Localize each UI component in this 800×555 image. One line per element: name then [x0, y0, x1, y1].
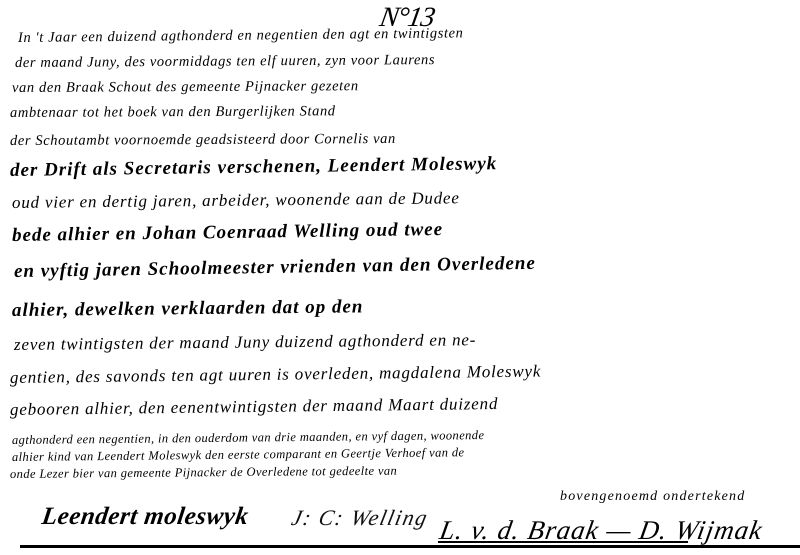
- signed-note: bovengenoemd ondertekend: [560, 489, 745, 505]
- text-line-5: der Schoutambt voornoemde geadsisteerd d…: [10, 131, 396, 150]
- signature-leendert-moleswyk: Leendert moleswyk: [40, 503, 250, 531]
- text-line-16: onde Lezer bier van gemeente Pijnacker d…: [10, 464, 397, 482]
- page-bottom-rule: [20, 545, 800, 548]
- text-line-12: gentien, des savonds ten agt uuren is ov…: [10, 362, 541, 388]
- text-line-8: bede alhier en Johan Coenraad Welling ou…: [12, 219, 443, 247]
- text-line-13: gebooren alhier, den eenentwintigsten de…: [10, 394, 498, 420]
- text-line-7: oud vier en dertig jaren, arbeider, woon…: [12, 188, 460, 213]
- text-line-3: van den Braak Schout des gemeente Pijnac…: [12, 78, 359, 97]
- text-line-11: zeven twintigsten der maand Juny duizend…: [14, 330, 476, 355]
- text-line-15: alhier kind van Leendert Moleswyk den ee…: [12, 445, 465, 465]
- text-line-6: der Drift als Secretaris verschenen, Lee…: [10, 153, 498, 182]
- signature-welling: J: C: Welling: [289, 505, 431, 531]
- scanned-register-page: N°13 In 't Jaar een duizend agthonderd e…: [0, 0, 800, 555]
- signature-underline: [438, 541, 688, 543]
- text-line-1: In 't Jaar een duizend agthonderd en neg…: [18, 25, 464, 47]
- text-line-10: alhier, dewelken verklaarden dat op den: [12, 296, 364, 322]
- text-line-4: ambtenaar tot het boek van den Burgerlij…: [10, 103, 336, 122]
- text-line-9: en vyftig jaren Schoolmeester vrienden v…: [14, 253, 536, 283]
- text-line-2: der maand Juny, des voormiddags ten elf …: [15, 52, 435, 72]
